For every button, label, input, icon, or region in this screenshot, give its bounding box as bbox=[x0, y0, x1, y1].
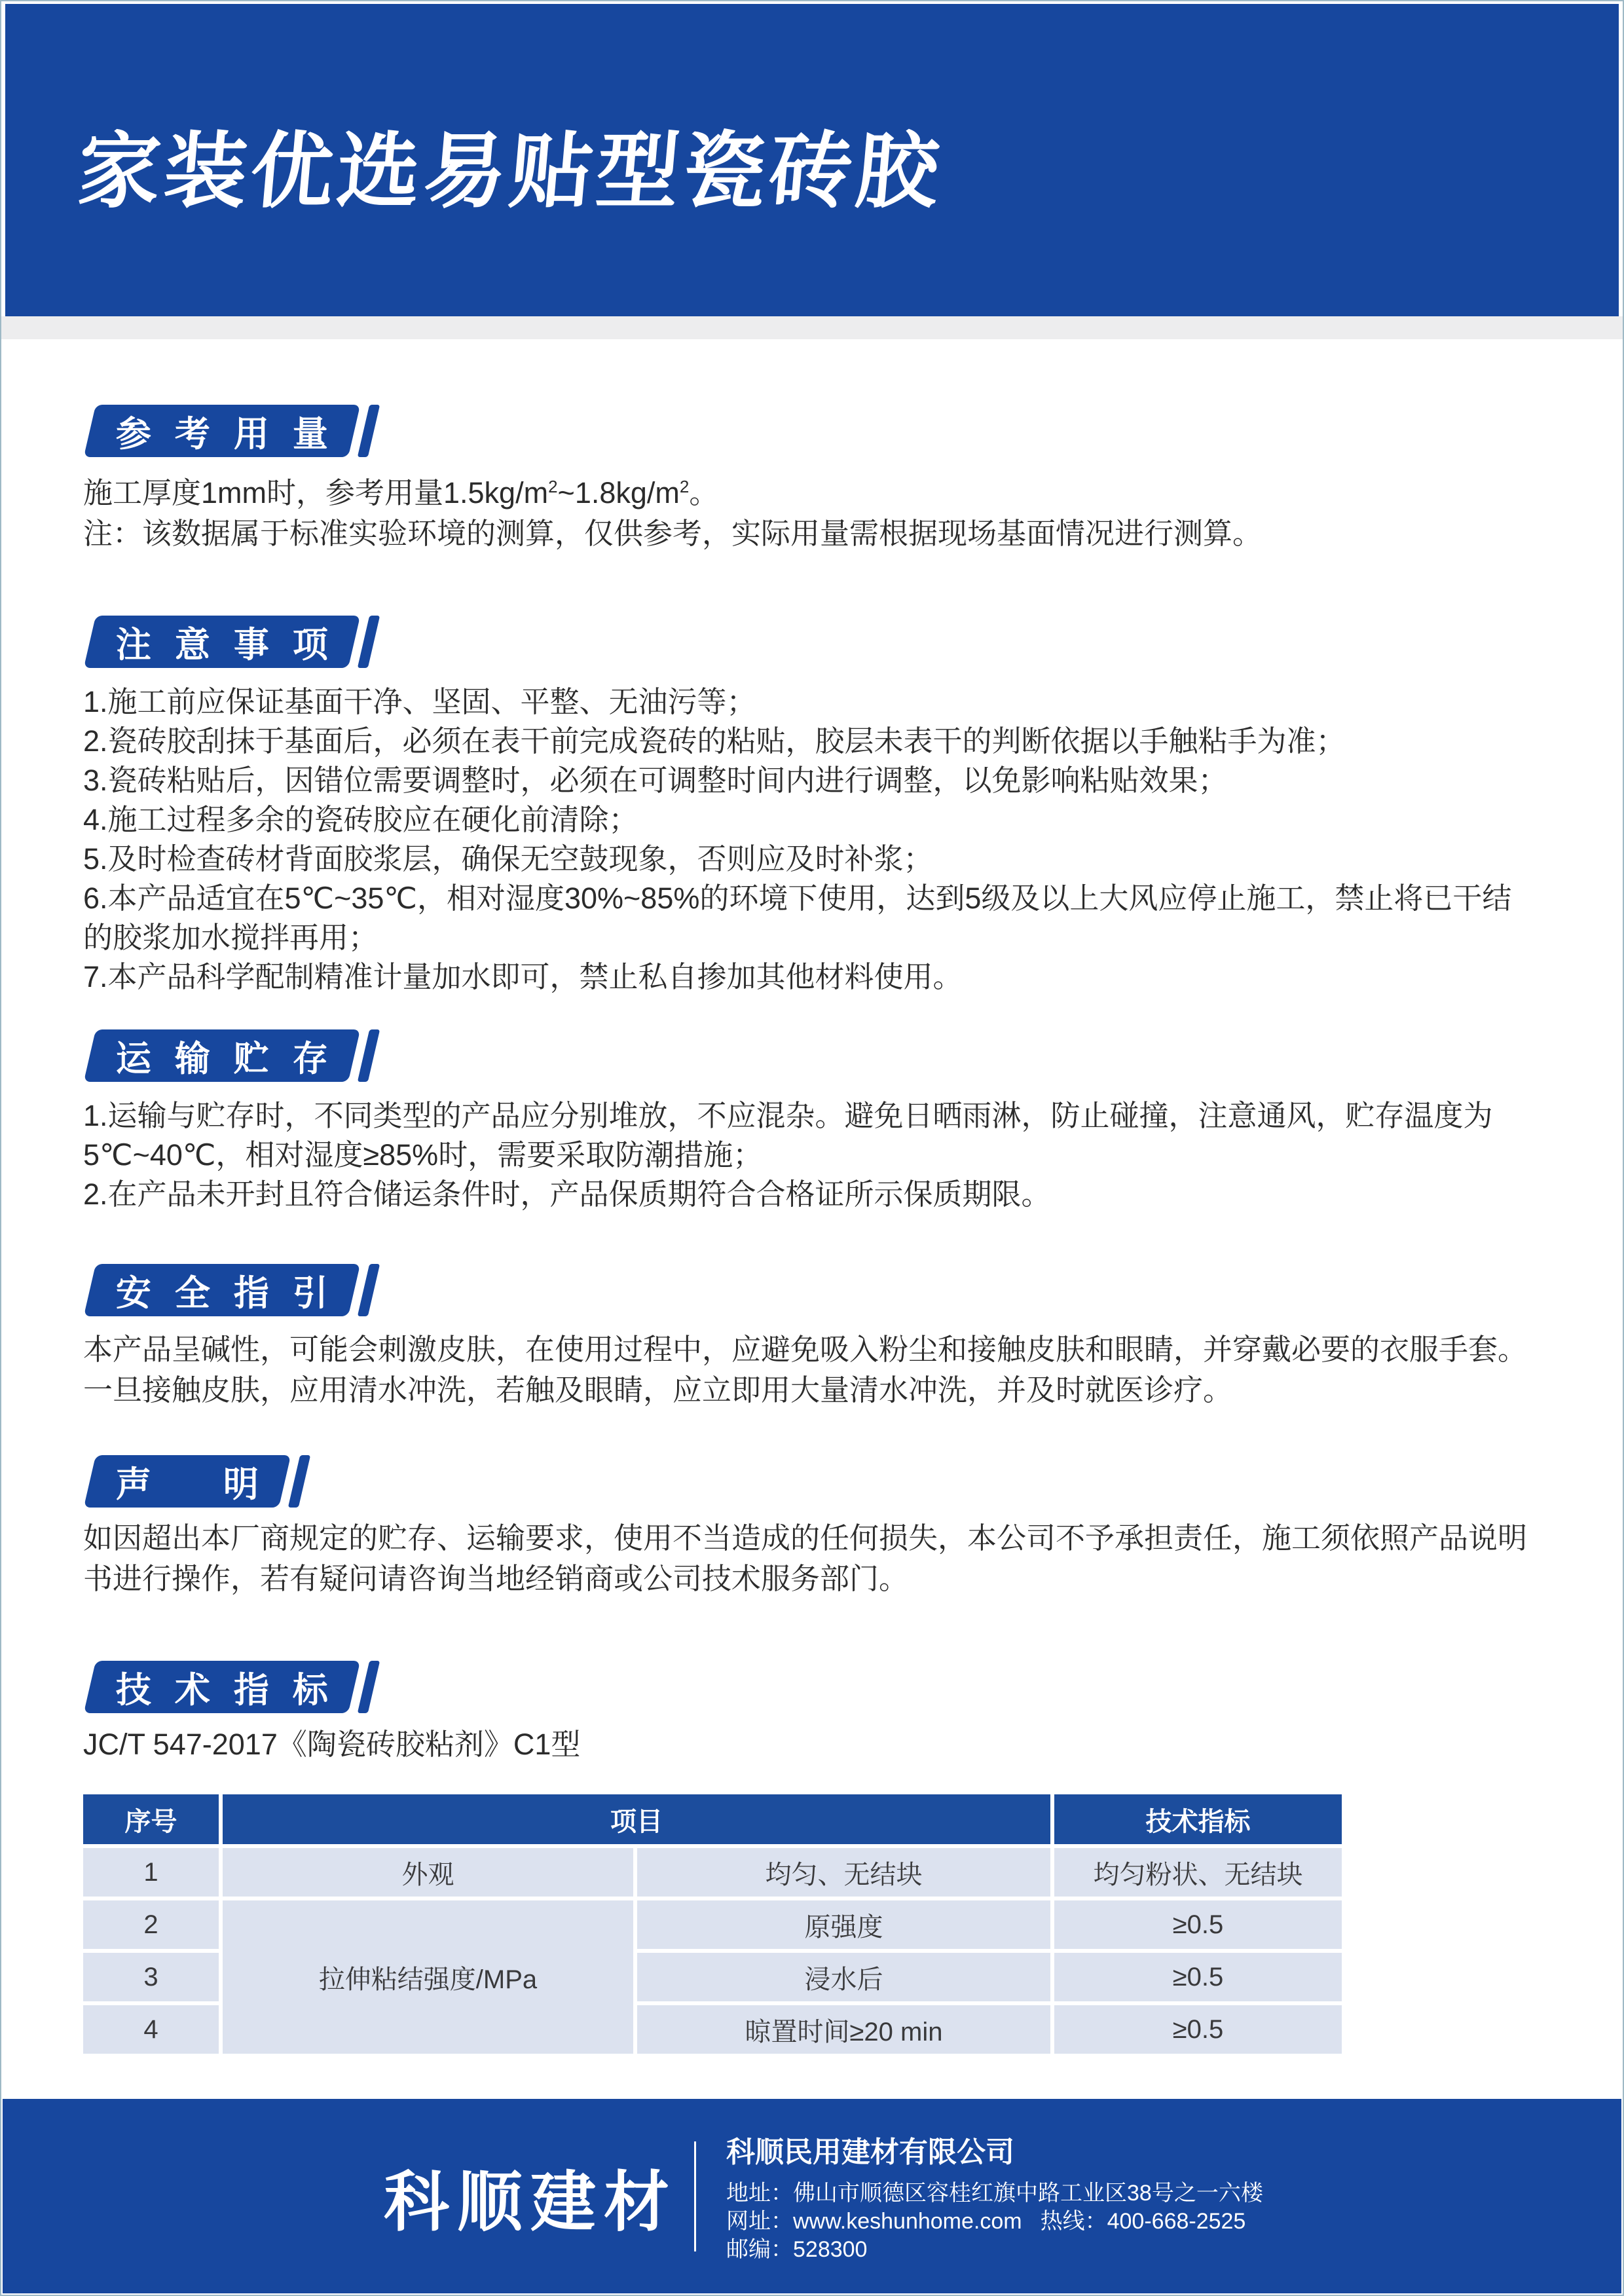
header-shadow-strip bbox=[1, 316, 1623, 339]
cell-spec: 均匀粉状、无结块 bbox=[1054, 1848, 1342, 1897]
table-row: 1 外观 均匀、无结块 均匀粉状、无结块 bbox=[83, 1848, 1342, 1897]
column-header-no: 序号 bbox=[83, 1794, 219, 1844]
badge-ribbon: 注意事项 bbox=[84, 616, 360, 668]
cell-spec: ≥0.5 bbox=[1054, 2005, 1342, 2054]
safety-text: 本产品呈碱性，可能会刺激皮肤，在使用过程中，应避免吸入粉尘和接触皮肤和眼睛，并穿… bbox=[83, 1329, 1538, 1411]
dosage-usage-part: 施工厚度1mm时，参考用量1.5kg/m bbox=[83, 476, 548, 509]
section-specs: 技术指标 JC/T 547-2017《陶瓷砖胶粘剂》C1型 序号 项目 技术指标 bbox=[83, 1661, 1538, 2058]
section-statement: 声明 如因超出本厂商规定的贮存、运输要求，使用不当造成的任何损失，本公司不予承担… bbox=[83, 1455, 1538, 1599]
footer-info-block: 科顺民用建材有限公司 地址：佛山市顺德区容桂红旗中路工业区38号之一六楼 网址：… bbox=[726, 2128, 1263, 2264]
badge-ribbon: 安全指引 bbox=[84, 1264, 360, 1316]
footer-band: 科顺建材 科顺民用建材有限公司 地址：佛山市顺德区容桂红旗中路工业区38号之一六… bbox=[3, 2099, 1621, 2293]
company-address: 地址：佛山市顺德区容桂红旗中路工业区38号之一六楼 bbox=[726, 2179, 1263, 2208]
cell-no: 3 bbox=[83, 1953, 219, 2001]
statement-text: 如因超出本厂商规定的贮存、运输要求，使用不当造成的任何损失，本公司不予承担责任，… bbox=[83, 1518, 1538, 1599]
list-item: 7.本产品科学配制精准计量加水即可，禁止私自掺加其他材料使用。 bbox=[83, 957, 1538, 997]
table-header-row: 序号 项目 技术指标 bbox=[83, 1794, 1342, 1844]
company-website: 网址：www.keshunhome.com bbox=[726, 2209, 1022, 2234]
superscript: 2 bbox=[548, 477, 557, 496]
cell-no: 1 bbox=[83, 1848, 219, 1897]
list-item: 2.在产品未开封且符合储运条件时，产品保质期符合合格证所示保质期限。 bbox=[83, 1175, 1538, 1214]
badge-accent-stripe bbox=[358, 1264, 380, 1316]
cell-item: 外观 bbox=[223, 1848, 633, 1897]
company-name: 科顺民用建材有限公司 bbox=[726, 2128, 1263, 2170]
badge-ribbon: 运输贮存 bbox=[84, 1029, 360, 1082]
company-postal-code: 邮编：528300 bbox=[726, 2236, 1263, 2264]
section-badge-label: 技术指标 bbox=[116, 1662, 352, 1713]
table-row: 2 拉伸粘结强度/MPa 原强度 ≥0.5 bbox=[83, 1900, 1342, 1949]
section-badge-specs: 技术指标 bbox=[90, 1661, 1538, 1713]
section-badge-label: 参考用量 bbox=[116, 406, 352, 456]
cell-sub-item: 均匀、无结块 bbox=[637, 1848, 1050, 1897]
company-hotline: 热线：400-668-2525 bbox=[1041, 2209, 1246, 2234]
badge-ribbon: 参考用量 bbox=[84, 405, 360, 457]
list-item: 1.施工前应保证基面干净、坚固、平整、无油污等； bbox=[83, 682, 1538, 722]
badge-accent-stripe bbox=[358, 405, 380, 457]
section-badge-label: 运输贮存 bbox=[116, 1031, 352, 1081]
header-band: 家装优选易贴型瓷砖胶 bbox=[5, 4, 1619, 316]
storage-list: 1.运输与贮存时，不同类型的产品应分别堆放，不应混杂。避免日晒雨淋，防止碰撞，注… bbox=[83, 1096, 1538, 1214]
badge-accent-stripe bbox=[358, 1661, 380, 1713]
content-area: 参考用量 施工厚度1mm时，参考用量1.5kg/m2~1.8kg/m2。 注：该… bbox=[1, 405, 1623, 2058]
page-title: 家装优选易贴型瓷砖胶 bbox=[73, 105, 948, 224]
section-badge-statement: 声明 bbox=[90, 1455, 1538, 1508]
cell-item-merged: 拉伸粘结强度/MPa bbox=[223, 1900, 633, 2054]
list-item: 4.施工过程多余的瓷砖胶应在硬化前清除； bbox=[83, 800, 1538, 840]
cell-no: 4 bbox=[83, 2005, 219, 2054]
dosage-usage-part: ~1.8kg/m bbox=[558, 476, 680, 509]
section-dosage: 参考用量 施工厚度1mm时，参考用量1.5kg/m2~1.8kg/m2。 注：该… bbox=[83, 405, 1538, 554]
footer-divider bbox=[694, 2141, 696, 2251]
section-badge-label: 安全指引 bbox=[116, 1265, 352, 1316]
section-badge-safety: 安全指引 bbox=[90, 1264, 1538, 1316]
section-storage: 运输贮存 1.运输与贮存时，不同类型的产品应分别堆放，不应混杂。避免日晒雨淋，防… bbox=[83, 1029, 1538, 1214]
specs-table: 序号 项目 技术指标 1 外观 均匀、无结块 均匀粉状、无结块 2 拉伸粘结强度… bbox=[79, 1790, 1346, 2058]
section-badge-storage: 运输贮存 bbox=[90, 1029, 1538, 1082]
list-item: 2.瓷砖胶刮抹于基面后，必须在表干前完成瓷砖的粘贴，胶层未表干的判断依据以手触粘… bbox=[83, 722, 1538, 761]
dosage-text-block: 施工厚度1mm时，参考用量1.5kg/m2~1.8kg/m2。 注：该数据属于标… bbox=[83, 473, 1538, 554]
list-item: 3.瓷砖粘贴后，因错位需要调整时，必须在可调整时间内进行调整，以免影响粘贴效果； bbox=[83, 761, 1538, 800]
section-badge-precautions: 注意事项 bbox=[90, 616, 1538, 668]
column-header-spec: 技术指标 bbox=[1054, 1794, 1342, 1844]
cell-no: 2 bbox=[83, 1900, 219, 1949]
list-item: 5.及时检查砖材背面胶浆层，确保无空鼓现象，否则应及时补浆； bbox=[83, 840, 1538, 879]
column-header-item: 项目 bbox=[223, 1794, 1050, 1844]
cell-sub-item: 浸水后 bbox=[637, 1953, 1050, 2001]
section-safety: 安全指引 本产品呈碱性，可能会刺激皮肤，在使用过程中，应避免吸入粉尘和接触皮肤和… bbox=[83, 1264, 1538, 1411]
badge-accent-stripe bbox=[358, 616, 380, 668]
cell-spec: ≥0.5 bbox=[1054, 1953, 1342, 2001]
cell-sub-item: 晾置时间≥20 min bbox=[637, 2005, 1050, 2054]
badge-accent-stripe bbox=[358, 1029, 380, 1082]
list-item: 1.运输与贮存时，不同类型的产品应分别堆放，不应混杂。避免日晒雨淋，防止碰撞，注… bbox=[83, 1096, 1538, 1175]
brand-logo: 科顺建材 bbox=[384, 2149, 677, 2244]
dosage-note-line: 注：该数据属于标准实验环境的测算，仅供参考，实际用量需根据现场基面情况进行测算。 bbox=[83, 513, 1538, 554]
dosage-usage-part: 。 bbox=[689, 476, 718, 509]
company-contact-line: 网址：www.keshunhome.com热线：400-668-2525 bbox=[726, 2208, 1263, 2236]
badge-ribbon: 技术指标 bbox=[84, 1661, 360, 1713]
precautions-list: 1.施工前应保证基面干净、坚固、平整、无油污等； 2.瓷砖胶刮抹于基面后，必须在… bbox=[83, 682, 1538, 997]
superscript: 2 bbox=[680, 477, 689, 496]
dosage-usage-line: 施工厚度1mm时，参考用量1.5kg/m2~1.8kg/m2。 bbox=[83, 473, 1538, 513]
section-badge-label: 注意事项 bbox=[116, 617, 352, 667]
badge-ribbon: 声明 bbox=[84, 1455, 291, 1508]
cell-spec: ≥0.5 bbox=[1054, 1900, 1342, 1949]
list-item: 6.本产品适宜在5℃~35℃，相对湿度30%~85%的环境下使用，达到5级及以上… bbox=[83, 879, 1538, 957]
section-precautions: 注意事项 1.施工前应保证基面干净、坚固、平整、无油污等； 2.瓷砖胶刮抹于基面… bbox=[83, 616, 1538, 997]
specs-standard-line: JC/T 547-2017《陶瓷砖胶粘剂》C1型 bbox=[83, 1725, 1538, 1764]
document-page: 家装优选易贴型瓷砖胶 参考用量 施工厚度1mm时，参考用量1.5kg/m2~1.… bbox=[0, 0, 1624, 2296]
cell-sub-item: 原强度 bbox=[637, 1900, 1050, 1949]
section-badge-dosage: 参考用量 bbox=[90, 405, 1538, 457]
